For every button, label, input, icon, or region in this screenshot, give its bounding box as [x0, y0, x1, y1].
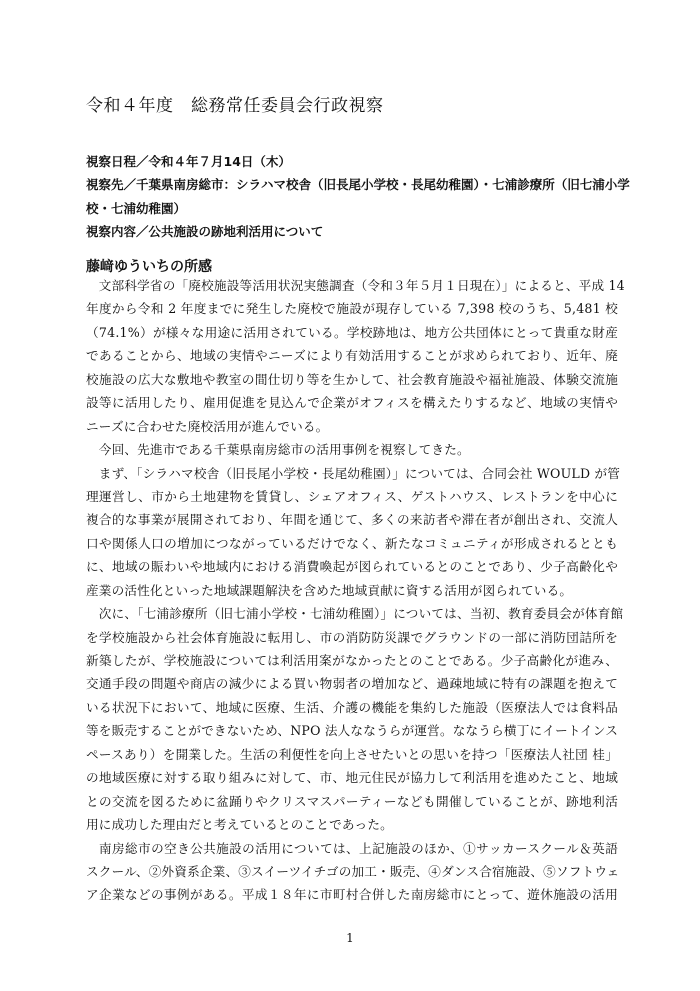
body-line: 今回、先進市である千葉県南房総市の活用事例を視察してきた。: [86, 438, 618, 461]
document-title: 令和４年度 総務常任委員会行政視察: [86, 91, 384, 116]
body-line: （74.1%）が様々な用途に活用されている。学校跡地は、地方公共団体にとって貴重…: [86, 321, 618, 344]
body-line: 口や関係人口の増加につながっているだけでなく、新たなコミュニティが形成されるとと…: [86, 532, 618, 555]
body-line: 複合的な事業が展開されており、年間を通じて、多くの来訪者や滞在者が創出され、交流…: [86, 508, 618, 531]
body-line: 南房総市の空き公共施設の活用については、上記施設のほか、①サッカースクール＆英語: [86, 837, 618, 860]
body-line: を学校施設から社会体育施設に転用し、市の消防防災課でグラウンドの一部に消防団詰所…: [86, 626, 618, 649]
body-line: 用に成功した理由だと考えているとのことであった。: [86, 813, 618, 836]
inspection-destination-continued: 校・七浦幼稚園）: [86, 197, 616, 220]
body-line: 理運営し、市から土地建物を賃貸し、シェアオフィス、ゲストハウス、レストランを中心…: [86, 485, 618, 508]
body-line: スクール、②外資系企業、③スイーツイチゴの加工・販売、④ダンス合宿施設、⑤ソフト…: [86, 860, 618, 883]
body-line: に、地域の賑わいや地域内における消費喚起が図られているとのことであり、少子高齢化…: [86, 555, 618, 578]
body-line: まず、「シラハマ校舎（旧長尾小学校・長尾幼稚園）」については、合同会社 WOUL…: [86, 462, 618, 485]
body-line: 校施設の広大な敷地や教室の間仕切り等を生かして、社会教育施設や福祉施設、体験交流…: [86, 368, 618, 391]
body-line: 新築したが、学校施設については利活用案がなかったとのことである。少子高齢化が進み…: [86, 649, 618, 672]
body-line: いる状況下において、地域に医療、生活、介護の機能を集約した施設（医療法人では食料…: [86, 696, 618, 719]
body-line: 産業の活性化といった地域課題解決を含めた地域貢献に資する活用が図られている。: [86, 579, 618, 602]
body-line: 設等に活用したり、雇用促進を見込んで企業がオフィスを構えたりするなど、地域の実情…: [86, 391, 618, 414]
body-line: 次に、「七浦診療所（旧七浦小学校・七浦幼稚園）」については、当初、教育委員会が体…: [86, 602, 618, 625]
document-page: 令和４年度 総務常任委員会行政視察 視察日程／令和４年７月14日（木） 視察先／…: [0, 0, 700, 991]
body-text: 文部科学省の「廃校施設等活用状況実態調査（令和３年５月１日現在）」によると、平成…: [86, 274, 618, 907]
body-line: 交通手段の問題や商店の減少による買い物弱者の増加など、過疎地域に特有の課題を抱え…: [86, 672, 618, 695]
body-line: 等を販売することができないため、NPO 法人ななうらが運営。ななうら横丁にイート…: [86, 719, 618, 742]
body-line: であることから、地域の実情やニーズにより有効活用することが求められており、近年、…: [86, 344, 618, 367]
inspection-destination: 視察先／千葉県南房総市：シラハマ校舎（旧長尾小学校・長尾幼稚園）・七浦診療所（旧…: [86, 173, 616, 196]
section-heading: 藤﨑ゆういちの所感: [86, 256, 212, 276]
body-line: 年度から令和 2 年度までに発生した廃校で施設が現存している 7,398 校のう…: [86, 297, 618, 320]
inspection-content: 視察内容／公共施設の跡地利活用について: [86, 220, 616, 243]
body-line: との交流を図るために盆踊りやクリスマスパーティーなども開催していることが、跡地利…: [86, 790, 618, 813]
body-line: ペースあり）を開業した。生活の利便性を向上させたいとの思いを持つ「医療法人社団 …: [86, 743, 618, 766]
page-number: 1: [0, 931, 700, 945]
body-line: の地域医療に対する取り組みに対して、市、地元住民が協力して利活用を進めたこと、地…: [86, 766, 618, 789]
body-line: 文部科学省の「廃校施設等活用状況実態調査（令和３年５月１日現在）」によると、平成…: [86, 274, 618, 297]
inspection-meta: 視察日程／令和４年７月14日（木） 視察先／千葉県南房総市：シラハマ校舎（旧長尾…: [86, 150, 616, 243]
body-line: ア企業などの事例がある。平成１８年に市町村合併した南房総市にとって、遊休施設の活…: [86, 883, 618, 906]
inspection-date: 視察日程／令和４年７月14日（木）: [86, 150, 616, 173]
body-line: ニーズに合わせた廃校活用が進んでいる。: [86, 415, 618, 438]
